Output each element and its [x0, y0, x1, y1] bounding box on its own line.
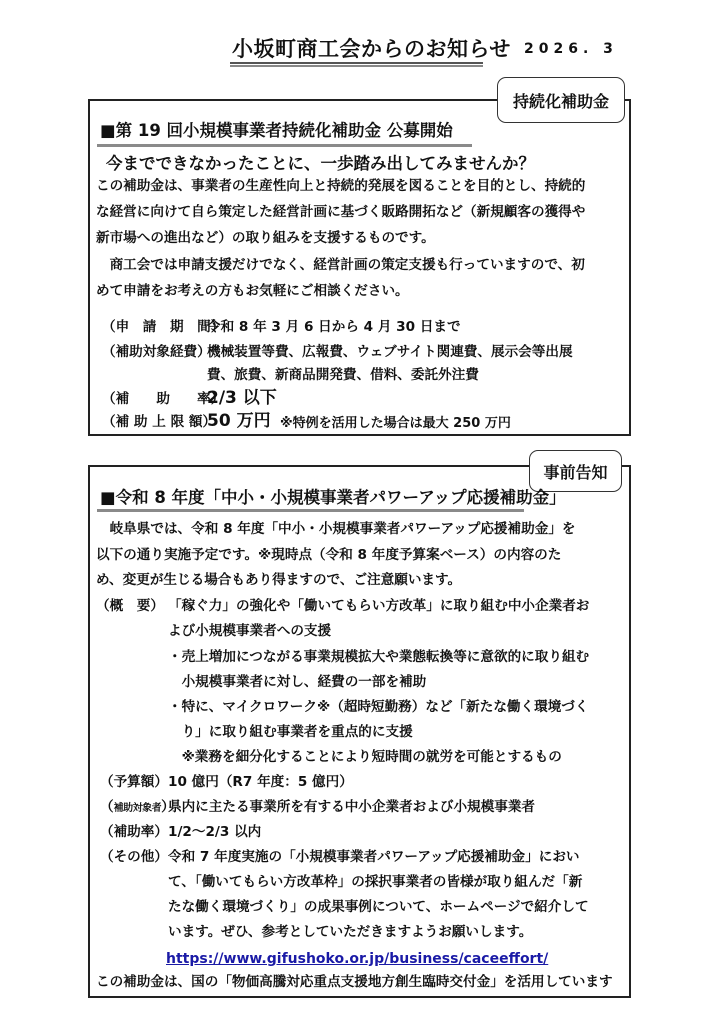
section1-body-line: この補助金は、事業者の生産性向上と持続的発展を図ることを目的とし、持続的 [96, 180, 585, 194]
section1-title: ■第 19 回小規模事業者持続化補助金 公募開始 [100, 117, 453, 141]
eligible-expenses-value: 機械装置等費、広報費、ウェブサイト関連費、展示会等出展 [207, 346, 573, 360]
overview-label: （概 要） [96, 600, 164, 614]
section1-title-underline [97, 144, 472, 147]
eligible-target-label-text: 補助対象者 [114, 803, 162, 814]
subsidy-limit-note: ※特例を活用した場合は最大 250 万円 [280, 417, 511, 430]
overview-footnote: ※業務を細分化することにより短時間の就労を可能とするもの [168, 751, 562, 765]
category-tag-jizokuka: 持続化補助金 [497, 77, 625, 123]
section2-title-underline [97, 509, 524, 512]
title-double-underline [230, 62, 483, 67]
overview-bullet: ・特に、マイクロワーク※（超時短勤務）など「新たな働く環境づく [168, 701, 588, 715]
funding-source-note: この補助金は、国の「物価高騰対応重点支援地方創生臨時交付金」を活用しています [96, 976, 613, 990]
subsidy-rate-label-2: （補助率） [100, 826, 168, 840]
budget-value: 10 億円（R7 年度：5 億円） [168, 776, 353, 790]
subsidy-rate-value-2: 1/2～2/3 以内 [168, 826, 261, 840]
eligible-target-value: 県内に主たる事業所を有する中小企業者および小規模事業者 [168, 801, 535, 815]
section1-body-line: めて申請をお考えの方もお気軽にご相談ください。 [96, 285, 409, 299]
page-title: 小坂町商工会からのお知らせ [232, 33, 511, 63]
other-line: たな働く環境づくり」の成果事例について、ホームページで紹介して [168, 901, 589, 915]
section1-body-line: 商工会では申請支援だけでなく、経営計画の策定支援も行っていますので、初 [96, 259, 585, 273]
section1-body-line: 新市場への進出など）の取り組みを支援するものです。 [96, 232, 435, 246]
other-line: 令和 7 年度実施の「小規模事業者パワーアップ応援補助金」におい [168, 851, 580, 865]
section2-intro-line: め、変更が生じる場合もあり得ますので、ご注意願います。 [96, 574, 461, 588]
other-line: います。ぜひ、参考としていただきますようお願いします。 [168, 926, 532, 940]
section2-intro-line: 以下の通り実施予定です。※現時点（令和 8 年度予算案ベース）の内容のた [96, 549, 561, 563]
subsidy-rate-value: 2/3 以下 [207, 390, 277, 407]
subsidy-rate-label: （補 助 率） [102, 393, 224, 407]
subsidy-limit-label: （補 助 上 限 額） [102, 416, 216, 430]
section2-title: ■令和 8 年度「中小・小規模事業者パワーアップ応援補助金」 [100, 484, 566, 508]
overview-bullet: ・売上増加につながる事業規模拡大や業態転換等に意欲的に取り組む [168, 651, 589, 665]
eligible-expenses-label: （補助対象経費） [102, 346, 211, 360]
issue-date: 2026. 3 [524, 41, 618, 57]
overview-line: よび小規模事業者への支援 [168, 625, 331, 639]
eligible-target-label: （補助対象者） [100, 801, 175, 815]
overview-line: 「稼ぐ力」の強化や「働いてもらい方改革」に取り組む中小企業者お [168, 600, 589, 614]
paren-open: （ [100, 799, 114, 815]
section1-body-line: な経営に向けて自ら策定した経営計画に基づく販路開拓など（新規顧客の獲得や [96, 206, 585, 220]
overview-bullet-cont: 小規模事業者に対し、経費の一部を補助 [168, 676, 426, 690]
application-period-label: （申 請 期 間） [102, 321, 224, 335]
other-label: （その他） [100, 851, 168, 865]
section2-intro-line: 岐阜県では、令和 8 年度「中小・小規模事業者パワーアップ応援補助金」を [96, 523, 575, 537]
application-period-value: 令和 8 年 3 月 6 日から 4 月 30 日まで [207, 321, 461, 335]
case-study-link[interactable]: https://www.gifushoko.or.jp/business/cac… [166, 951, 548, 967]
eligible-expenses-value-cont: 費、旅費、新商品開発費、借料、委託外注費 [207, 369, 479, 383]
overview-bullet-cont: り」に取り組む事業者を重点的に支援 [168, 726, 413, 740]
other-line: て、「働いてもらい方改革枠」の採択事業者の皆様が取り組んだ「新 [168, 876, 582, 890]
budget-label: （予算額） [100, 776, 168, 790]
subsidy-limit-value: 50 万円 [207, 413, 271, 430]
section1-lead: 今までできなかったことに、一歩踏み出してみませんか？ [106, 150, 535, 174]
